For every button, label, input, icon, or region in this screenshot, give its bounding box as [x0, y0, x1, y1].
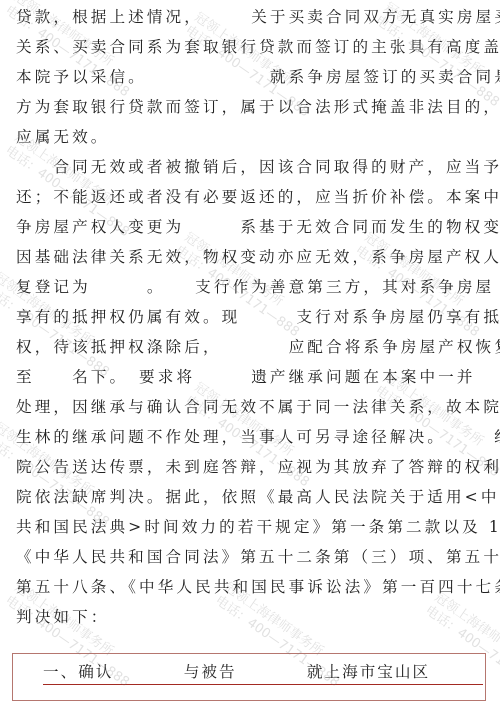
text-line: 关系、买卖合同系为套取银行贷款而签订的主张具有高度盖然性， — [16, 36, 482, 58]
text-line: 院公告送达传票，未到庭答辩，应视为其放弃了答辩的权利，本 — [16, 456, 482, 478]
text-line: 享有的抵押权仍属有效。现 支行对系争房屋仍享有抵押 — [16, 306, 482, 328]
text-line: 生林的继承问题不作处理，当事人可另寻途径解决。 经本 — [16, 426, 482, 448]
text-line: 权，待该抵押权涤除后， 应配合将系争房屋产权恢复登记 — [16, 336, 482, 358]
text-line: 院依法缺席判决。据此，依照《最高人民法院关于适用<中华人民 — [16, 486, 482, 508]
text-line: 合同无效或者被撤销后，因该合同取得的财产，应当予以返 — [16, 156, 482, 178]
verdict-highlight-box: 一、确认 与被告 就上海市宝山区 — [12, 653, 486, 701]
text-line: 至 名下。 要求将 遗产继承问题在本案中一并 — [16, 366, 482, 388]
text-line: 《中华人民共和国合同法》第五十二条第（三）项、第五十六条、 — [16, 546, 482, 568]
text-line: 判决如下： — [16, 606, 482, 628]
verdict-item-text: 一、确认 与被告 就上海市宝山区 — [43, 661, 430, 683]
text-line: 第五十八条、《中华人民共和国民事诉讼法》第一百四十七条规定， — [16, 576, 482, 598]
text-line: 因基础法律关系无效，物权变动亦应无效，系争房屋产权人应恢 — [16, 246, 482, 268]
text-line: 还；不能返还或者没有必要返还的，应当折价补偿。本案中，系 — [16, 186, 482, 208]
text-line: 复登记为 。 支行作为善意第三方，其对系争房屋 — [16, 276, 482, 298]
text-line: 本院予以采信。 就系争房屋签订的买卖合同是双 — [16, 66, 482, 88]
document-page: 贷款，根据上述情况， 关于买卖合同双方无真实房屋买卖 关系、买卖合同系为套取银行… — [0, 0, 500, 709]
text-line: 贷款，根据上述情况， 关于买卖合同双方无真实房屋买卖 — [16, 6, 482, 28]
text-line: 处理，因继承与确认合同无效不属于同一法律关系，故本院对李 — [16, 396, 482, 418]
text-line: 应属无效。 — [16, 126, 482, 148]
text-line: 共和国民法典>时间效力的若干规定》第一条第二款以及 1999 年 — [16, 516, 482, 538]
verdict-underline — [43, 684, 483, 685]
text-line: 方为套取银行贷款而签订，属于以合法形式掩盖非法目的，依法 — [16, 96, 482, 118]
text-line: 争房屋产权人变更为 系基于无效合同而发生的物权变动， — [16, 216, 482, 238]
